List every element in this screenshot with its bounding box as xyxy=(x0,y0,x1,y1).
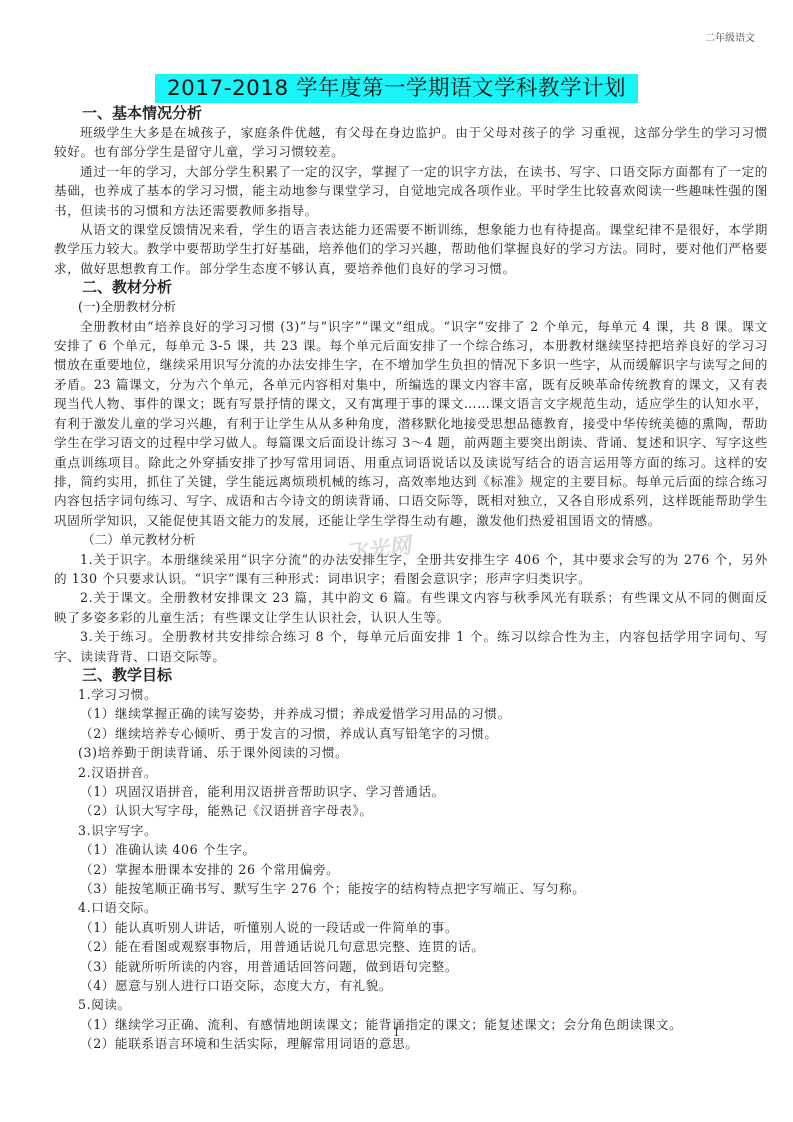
goal-item: （4）愿意与别人进行口语交际，态度大方，有礼貌。 xyxy=(54,976,768,995)
paragraph: 班级学生大多是在城孩子，家庭条件优越，有父母在身边监护。由于父母对孩子的学 习重… xyxy=(54,123,768,162)
goal-item: （1）继续掌握正确的读写姿势，并养成习惯；养成爱惜学习用品的习惯。 xyxy=(54,704,768,723)
paragraph: 从语文的课堂反馈情况来看，学生的语言表达能力还需要不断训练，想象能力也有待提高。… xyxy=(54,220,768,278)
goal-item: （2）认识大写字母，能熟记《汉语拼音字母表》。 xyxy=(54,801,768,820)
subsection-heading: (一)全册教材分析 xyxy=(54,297,768,316)
goal-item: （3）能就所听所读的内容，用普通话回答问题，做到语句完整。 xyxy=(54,957,768,976)
paragraph: 全册教材由“培养良好的学习习惯 (3)”与“识字”“课文”组成。“识字”安排了 … xyxy=(54,317,768,530)
goal-item: (3)培养勤于朗读背诵、乐于课外阅读的习惯。 xyxy=(54,743,768,762)
goal-item: （2）掌握本册课本安排的 26 个常用偏旁。 xyxy=(54,860,768,879)
list-item: 2.关于课文。全册教材安排课文 23 篇，其中韵文 6 篇。有些课文内容与秋季风… xyxy=(54,588,768,627)
title-container: 2017-2018 学年度第一学期语文学科教学计划 xyxy=(0,74,793,103)
goal-item: （2）能在看图或观察事物后，用普通话说几句意思完整、连贯的话。 xyxy=(54,937,768,956)
list-item: 3.关于练习。全册教材共安排综合练习 8 个，每单元后面安排 1 个。练习以综合… xyxy=(54,627,768,666)
goal-item: （2）继续培养专心倾听、勇于发言的习惯，养成认真写铅笔字的习惯。 xyxy=(54,724,768,743)
section-heading-textbook-analysis: 二、教材分析 xyxy=(54,278,768,297)
goal-item: （1）巩固汉语拼音，能利用汉语拼音帮助识字、学习普通话。 xyxy=(54,782,768,801)
goal-item: （1）能认真听别人讲话，听懂别人说的一段话或一件简单的事。 xyxy=(54,918,768,937)
document-title: 2017-2018 学年度第一学期语文学科教学计划 xyxy=(155,74,638,103)
subsection-heading: （二）单元教材分析 xyxy=(54,530,768,549)
section-heading-teaching-goals: 三、教学目标 xyxy=(54,666,768,685)
goal-group-title: 1.学习习惯。 xyxy=(54,685,768,704)
list-item: 1.关于识字。本册继续采用“识字分流”的办法安排生字，全册共安排生字 406 个… xyxy=(54,550,768,589)
section-heading-basic-analysis: 一、基本情况分析 xyxy=(54,104,768,123)
goal-group-title: 3.识字写字。 xyxy=(54,821,768,840)
goal-group-title: 5.阅读。 xyxy=(54,995,768,1014)
goal-item: （3）能按笔顺正确书写、默写生字 276 个；能按字的结构特点把字写端正、写匀称… xyxy=(54,879,768,898)
document-body: 一、基本情况分析 班级学生大多是在城孩子，家庭条件优越，有父母在身边监护。由于父… xyxy=(54,104,768,1054)
goal-group-title: 2.汉语拼音。 xyxy=(54,763,768,782)
paragraph: 通过一年的学习，大部分学生积累了一定的汉字，掌握了一定的识字方法，在读书、写字、… xyxy=(54,162,768,220)
page-number: 1 xyxy=(0,1026,793,1039)
goal-group-title: 4.口语交际。 xyxy=(54,898,768,917)
course-label: 二年级语文 xyxy=(705,29,755,44)
goal-item: （1）准确认读 406 个生字。 xyxy=(54,840,768,859)
